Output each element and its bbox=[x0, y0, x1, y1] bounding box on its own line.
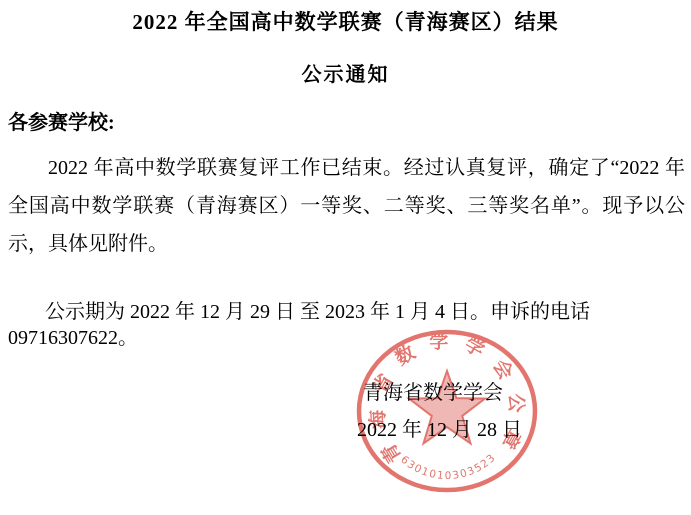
star-icon bbox=[409, 371, 485, 443]
official-seal: 青海省数学学会公章 6301010303523 bbox=[352, 327, 542, 497]
salutation: 各参赛学校: bbox=[8, 106, 115, 135]
document-subtitle: 公示通知 bbox=[0, 58, 691, 87]
document-title: 2022 年全国高中数学联赛（青海赛区）结果 bbox=[0, 6, 691, 36]
body-paragraph: 2022 年高中数学联赛复评工作已结束。经过认真复评，确定了“2022 年全国高… bbox=[8, 149, 685, 263]
seal-serial-number: 6301010303523 bbox=[398, 451, 498, 482]
publicity-period-line: 公示期为 2022 年 12 月 29 日 至 2023 年 1 月 4 日。申… bbox=[8, 299, 689, 351]
